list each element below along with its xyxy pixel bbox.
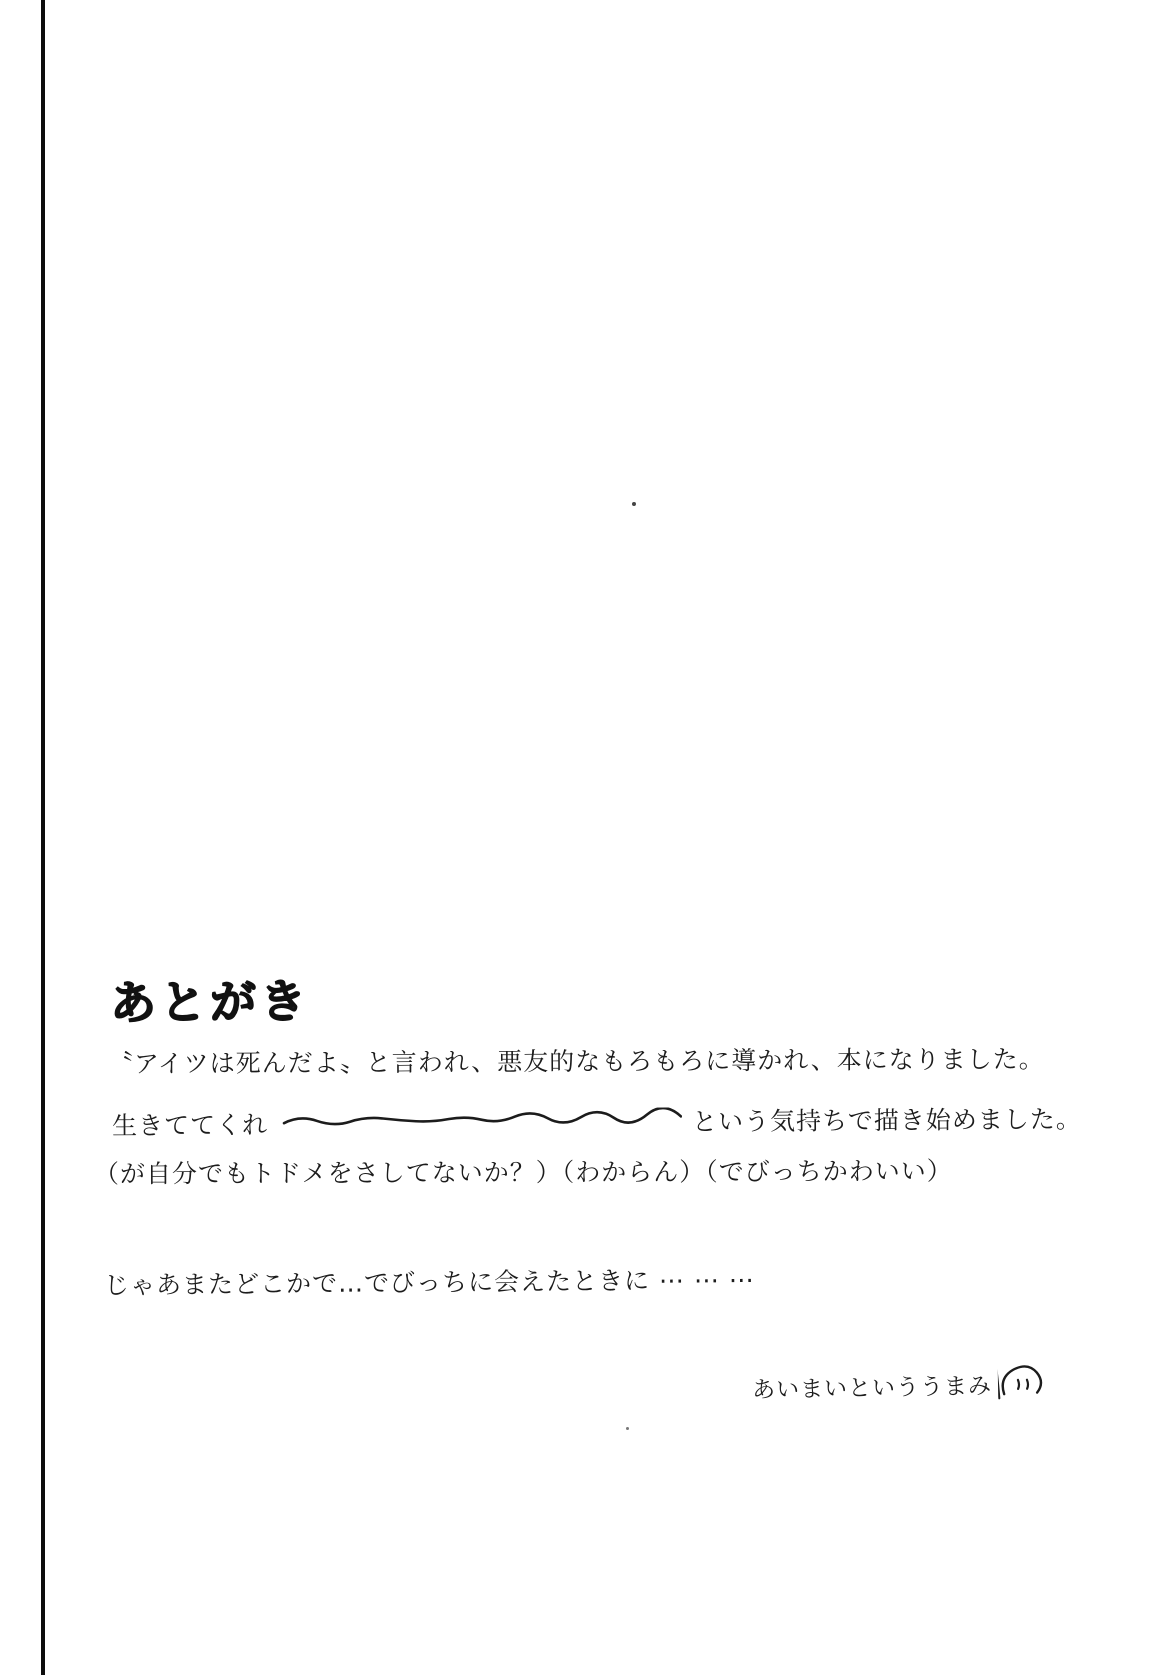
scan-speck [626, 1427, 629, 1430]
afterword-line-3: （が自分でもトドメをさしてないか？）（わからん）（でびっちかわいい） [94, 1152, 953, 1191]
scan-speck [632, 502, 636, 506]
binding-edge-line [41, 0, 45, 1675]
scanned-page: あとがき 〝アイツは死んだよ〟と言われ、悪友的なもろもろに導かれ、本になりました… [0, 0, 1150, 1675]
afterword-line-1: 〝アイツは死んだよ〟と言われ、悪友的なもろもろに導かれ、本になりました。 [108, 1040, 1045, 1081]
smiley-doodle-icon [998, 1359, 1045, 1406]
afterword-line-2-start: 生きててくれ [112, 1105, 268, 1142]
signature-row: あいまいといううまみ [752, 1359, 1045, 1410]
afterword-line-2-end: という気持ちで描き始めました。 [692, 1100, 1082, 1139]
wavy-line [282, 1106, 682, 1138]
afterword-line-4: じゃあまたどこかで…でびっちに会えたときに ⋯ ⋯ ⋯ [104, 1260, 755, 1302]
afterword-title: あとがき [110, 965, 311, 1033]
afterword-line-2: 生きててくれ という気持ちで描き始めました。 [112, 1100, 1082, 1143]
author-signature: あいまいといううまみ [752, 1367, 993, 1404]
